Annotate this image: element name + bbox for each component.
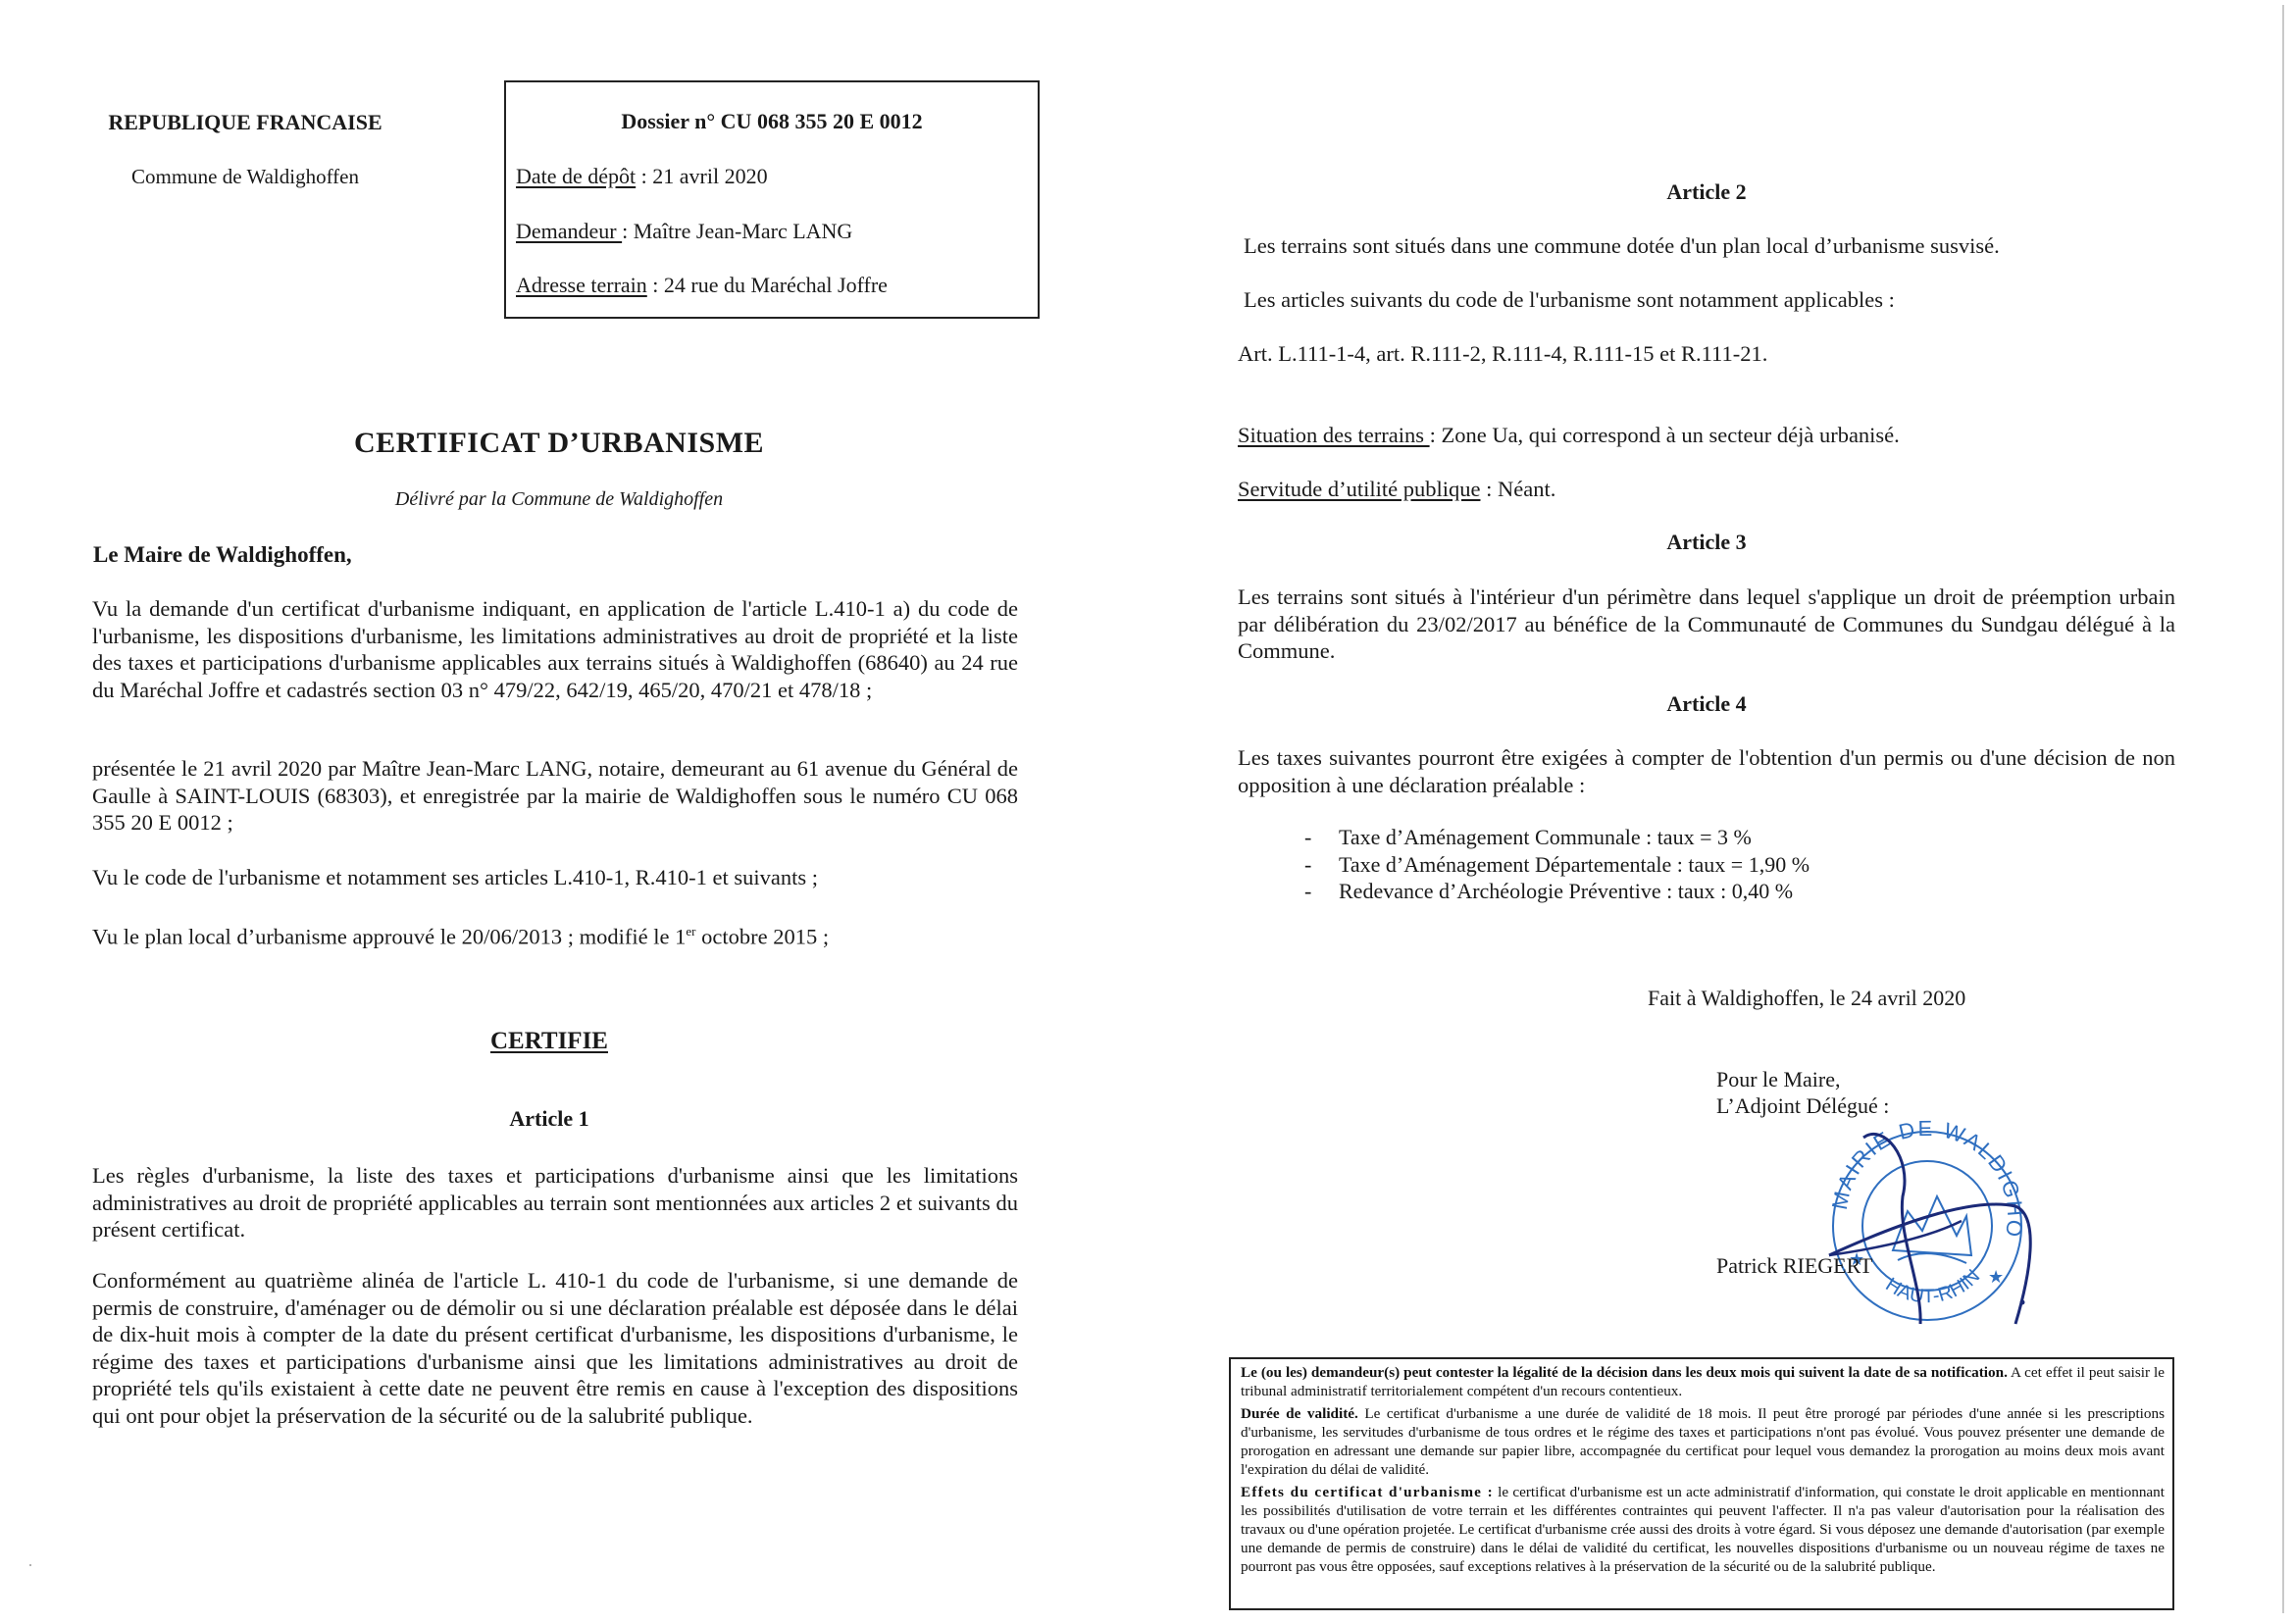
notice-validity-text: Le certificat d'urbanisme a une durée de…	[1241, 1405, 2165, 1478]
article-2-line-plu: Les terrains sont situés dans une commun…	[1244, 232, 2000, 259]
notice-appeal: Le (ou les) demandeur(s) peut contester …	[1241, 1363, 2165, 1400]
article-1-text: Les règles d'urbanisme, la liste des tax…	[92, 1162, 1018, 1243]
tax-item: -Taxe d’Aménagement Communale : taux = 3…	[1238, 824, 1924, 851]
plu-text-end: octobre 2015 ;	[695, 925, 829, 949]
dash-bullet-icon: -	[1304, 851, 1311, 879]
land-situation-value: : Zone Ua, qui correspond à un secteur d…	[1430, 423, 1900, 447]
article-2-line-articles: Les articles suivants du code de l'urban…	[1244, 286, 1895, 313]
dossier-number: Dossier n° CU 068 355 20 E 0012	[506, 108, 1038, 134]
applicant-label: Demandeur	[516, 219, 622, 243]
consideration-submission: présentée le 21 avril 2020 par Maître Je…	[92, 755, 1018, 837]
article-4-title: Article 4	[1238, 691, 2175, 717]
scan-speck	[29, 1564, 31, 1566]
notice-appeal-heading: Le (ou les) demandeur(s) peut contester …	[1241, 1364, 2008, 1381]
notice-validity-heading: Durée de validité.	[1241, 1405, 1358, 1422]
article-3-text: Les terrains sont situés à l'intérieur d…	[1238, 584, 2175, 665]
notice-effects-heading: Effets du certificat d'urbanisme :	[1241, 1484, 1494, 1500]
tax-item-text: Taxe d’Aménagement Départementale : taux…	[1339, 852, 1810, 877]
dash-bullet-icon: -	[1304, 878, 1311, 905]
commune-name: Commune de Waldighoffen	[59, 165, 432, 189]
document-subtitle: Délivré par la Commune de Waldighoffen	[78, 488, 1040, 511]
plu-superscript: er	[686, 924, 695, 939]
signatory-role: L’Adjoint Délégué :	[1716, 1092, 1889, 1119]
dash-bullet-icon: -	[1304, 824, 1311, 851]
land-address-label: Adresse terrain	[516, 273, 647, 297]
notice-effects: Effets du certificat d'urbanisme : le ce…	[1241, 1483, 2165, 1576]
public-easement: Servitude d’utilité publique : Néant.	[1238, 476, 1555, 502]
article-1-title: Article 1	[78, 1106, 1020, 1132]
legal-notice-box: Le (ou les) demandeur(s) peut contester …	[1229, 1357, 2174, 1610]
tax-item-text: Redevance d’Archéologie Préventive : tau…	[1339, 879, 1793, 903]
land-situation: Situation des terrains : Zone Ua, qui co…	[1238, 422, 1900, 448]
article-1-validity-text: Conformément au quatrième alinéa de l'ar…	[92, 1267, 1018, 1429]
tax-item: -Taxe d’Aménagement Départementale : tau…	[1238, 851, 1924, 879]
deposit-date-value: : 21 avril 2020	[636, 164, 767, 188]
plu-text: Vu le plan local d’urbanisme approuvé le…	[92, 925, 686, 949]
document-title: CERTIFICAT D’URBANISME	[78, 427, 1040, 460]
land-address: Adresse terrain : 24 rue du Maréchal Jof…	[516, 272, 888, 298]
place-and-date: Fait à Waldighoffen, le 24 avril 2020	[1648, 985, 1965, 1011]
land-address-value: : 24 rue du Maréchal Joffre	[647, 273, 888, 297]
notice-validity: Durée de validité. Le certificat d'urban…	[1241, 1404, 2165, 1479]
article-2-line-references: Art. L.111-1-4, art. R.111-2, R.111-4, R…	[1238, 340, 1767, 367]
article-3-title: Article 3	[1238, 530, 2175, 555]
consideration-code: Vu le code de l'urbanisme et notamment s…	[92, 864, 1018, 890]
article-2-title: Article 2	[1238, 179, 2175, 205]
land-situation-label: Situation des terrains	[1238, 423, 1430, 447]
consideration-plu: Vu le plan local d’urbanisme approuvé le…	[92, 918, 1018, 950]
consideration-request: Vu la demande d'un certificat d'urbanism…	[92, 595, 1018, 703]
tax-list: -Taxe d’Aménagement Communale : taux = 3…	[1238, 824, 1924, 905]
certifie-heading: CERTIFIE	[78, 1028, 1020, 1055]
tax-item: -Redevance d’Archéologie Préventive : ta…	[1238, 878, 1924, 905]
article-4-text: Les taxes suivantes pourront être exigée…	[1238, 744, 2175, 798]
deposit-date: Date de dépôt : 21 avril 2020	[516, 163, 768, 189]
handwritten-signature-icon	[1805, 1128, 2060, 1334]
salutation: Le Maire de Waldighoffen,	[93, 542, 352, 568]
dossier-box: Dossier n° CU 068 355 20 E 0012 Date de …	[504, 80, 1040, 319]
deposit-date-label: Date de dépôt	[516, 164, 636, 188]
republic-heading: REPUBLIQUE FRANCAISE	[59, 110, 432, 135]
applicant-value: : Maître Jean-Marc LANG	[622, 219, 852, 243]
for-mayor: Pour le Maire,	[1716, 1066, 1840, 1092]
applicant: Demandeur : Maître Jean-Marc LANG	[516, 218, 852, 244]
page-edge-line	[2282, 5, 2284, 1613]
public-easement-label: Servitude d’utilité publique	[1238, 477, 1480, 501]
public-easement-value: : Néant.	[1480, 477, 1555, 501]
tax-item-text: Taxe d’Aménagement Communale : taux = 3 …	[1339, 825, 1752, 849]
